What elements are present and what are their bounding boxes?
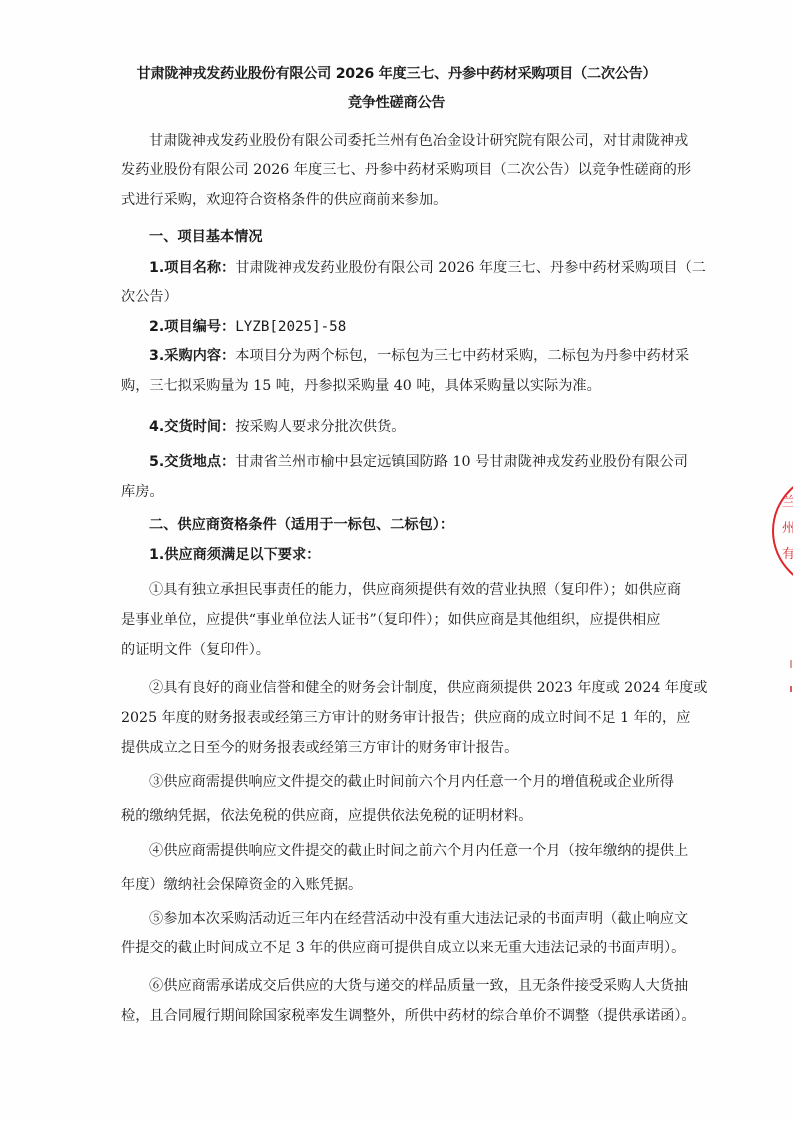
document-page: 甘肃陇神戎发药业股份有限公司 2026 年度三七、丹参中药材采购项目（二次公告）… [0,0,793,1122]
requirement-4-continued: 年度）缴纳社会保障资金的入账凭据。 [121,875,681,895]
requirement-2-continued: 2025 年度的财务报表或经第三方审计的财务审计报告；供应商的成立时间不足 1 … [121,708,681,728]
requirement-1-continued: 是事业单位，应提供“事业单位法人证书”（复印件）；如供应商是其他组织，应提供相应 [121,610,681,630]
item-value-continued: 库房。 [121,482,681,502]
item-delivery-time: 4.交货时间：按采购人要求分批次供货。 [149,417,709,437]
requirement-4: ④供应商需提供响应文件提交的截止时间之前六个月内任意一个月（按年缴纳的提供上 [149,841,709,861]
item-delivery-location: 5.交货地点：甘肃省兰州市榆中县定远镇国防路 10 号甘肃陇神戎发药业股份有限公… [149,452,709,472]
item-label: 3.采购内容： [149,348,235,364]
item-value: LYZB[2025]-58 [235,319,346,335]
requirement-2-continued: 提供成立之日至今的财务报表或经第三方审计的财务审计报告。 [121,738,681,758]
document-subtitle: 竞争性磋商公告 [0,93,793,113]
section-heading-supplier-qualifications: 二、供应商资格条件（适用于一标包、二标包）： [149,515,709,535]
item-value-continued: 次公告） [121,287,681,307]
seal-fragment [790,660,792,668]
seal-char: 兰 [782,490,793,516]
item-project-name: 1.项目名称：甘肃陇神戎发药业股份有限公司 2026 年度三七、丹参中药材采购项… [149,258,709,278]
item-value: 按采购人要求分批次供货。 [235,419,405,435]
seal-char: 有 [782,542,793,568]
document-title: 甘肃陇神戎发药业股份有限公司 2026 年度三七、丹参中药材采购项目（二次公告） [0,64,793,84]
intro-line: 甘肃陇神戎发药业股份有限公司委托兰州有色冶金设计研究院有限公司，对甘肃陇神戎 [149,131,709,151]
item-label: 2.项目编号： [149,319,235,335]
seal-characters: 兰 州 有 [782,490,793,568]
seal-fragment [790,686,792,692]
item-project-number: 2.项目编号：LYZB[2025]-58 [149,317,709,337]
requirement-6-continued: 检，且合同履行期间除国家税率发生调整外，所供中药材的综合单价不调整（提供承诺函）… [121,1006,681,1026]
item-procurement-content: 3.采购内容：本项目分为两个标包，一标包为三七中药材采购，二标包为丹参中药材采 [149,346,709,366]
requirement-6: ⑥供应商需承诺成交后供应的大货与递交的样品质量一致，且无条件接受采购人大货抽 [149,976,709,996]
item-value: 甘肃省兰州市榆中县定远镇国防路 10 号甘肃陇神戎发药业股份有限公司 [235,454,688,470]
sub-heading-requirements: 1.供应商须满足以下要求： [149,545,709,565]
item-value: 本项目分为两个标包，一标包为三七中药材采购，二标包为丹参中药材采 [235,348,689,364]
item-label: 5.交货地点： [149,454,235,470]
intro-line: 发药业股份有限公司 2026 年度三七、丹参中药材采购项目（二次公告）以竞争性磋… [121,160,681,180]
requirement-3-continued: 税的缴纳凭据，依法免税的供应商，应提供依法免税的证明材料。 [121,806,681,826]
item-value-continued: 购，三七拟采购量为 15 吨，丹参拟采购量 40 吨，具体采购量以实际为准。 [121,376,681,396]
item-label: 1.项目名称： [149,260,235,276]
section-heading-project-info: 一、项目基本情况 [149,227,709,247]
requirement-3: ③供应商需提供响应文件提交的截止时间前六个月内任意一个月的增值税或企业所得 [149,772,709,792]
requirement-5: ⑤参加本次采购活动近三年内在经营活动中没有重大违法记录的书面声明（截止响应文 [149,909,709,929]
intro-line: 式进行采购，欢迎符合资格条件的供应商前来参加。 [121,190,681,210]
requirement-1: ①具有独立承担民事责任的能力，供应商须提供有效的营业执照（复印件）；如供应商 [149,580,709,600]
requirement-2: ②具有良好的商业信誉和健全的财务会计制度，供应商须提供 2023 年度或 202… [149,678,709,698]
requirement-1-continued: 的证明文件（复印件）。 [121,640,681,660]
seal-char: 州 [782,516,793,542]
requirement-5-continued: 件提交的截止时间成立不足 3 年的供应商可提供自成立以来无重大违法记录的书面声明… [121,938,681,958]
item-label: 4.交货时间： [149,419,235,435]
item-value: 甘肃陇神戎发药业股份有限公司 2026 年度三七、丹参中药材采购项目（二 [235,260,706,276]
